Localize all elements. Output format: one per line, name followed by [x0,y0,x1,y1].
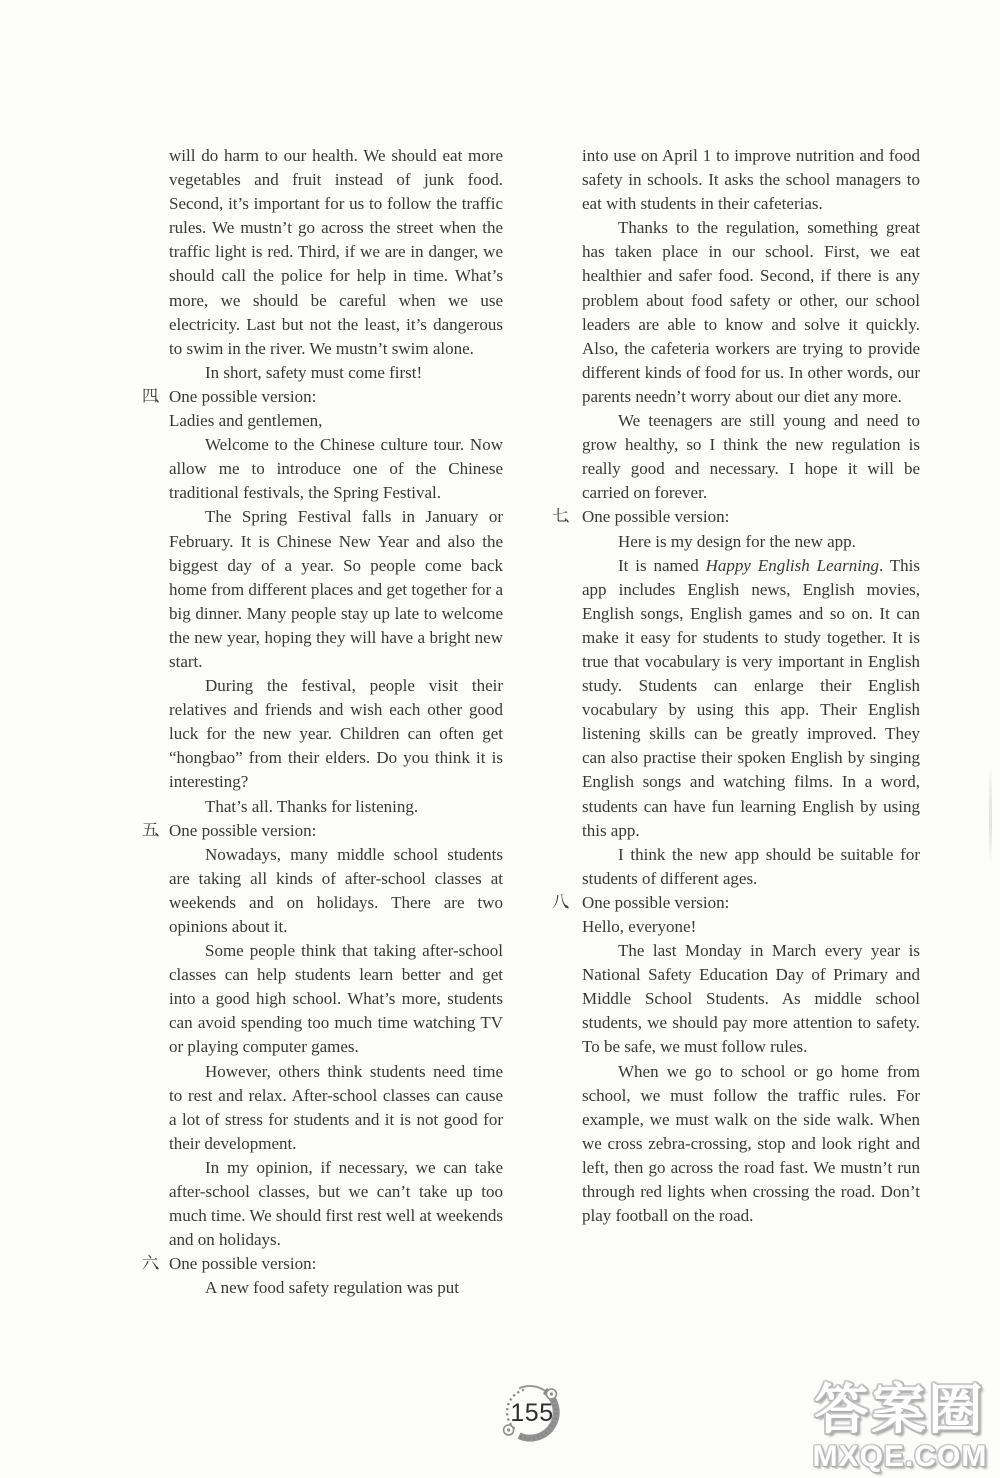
screw-dot [550,1392,553,1395]
answer-paragraph: That’s all. Thanks for listening. [169,795,503,819]
watermark-site: MXQE.COM [798,1442,1000,1472]
section-number: 五、 [142,819,169,843]
section-heading-label: One possible version: [169,819,503,843]
page-number-badge: 155 [495,1377,565,1447]
answer-paragraph: Nowadays, many middle school students ar… [169,843,503,939]
section-heading-label: One possible version: [582,891,920,915]
section-number: 四、 [142,385,169,409]
section-number: 六、 [142,1252,169,1276]
salutation-line: Hello, everyone! [582,915,920,939]
answer-paragraph: I think the new app should be suitable f… [582,843,920,891]
page-number-ornament: 155 [495,1377,565,1447]
answer-paragraph: Welcome to the Chinese culture tour. Now… [169,433,503,505]
left-text-column: will do harm to our health. We should ea… [142,144,503,1301]
answer-paragraph: Here is my design for the new app. [582,530,920,554]
section-number: 八、 [552,891,582,915]
section-heading: 六、 One possible version: [142,1252,503,1276]
answer-paragraph: However, others think students need time… [169,1060,503,1156]
answer-paragraph: The last Monday in March every year is N… [582,939,920,1059]
section-heading-label: One possible version: [169,385,503,409]
section-heading: 四、 One possible version: [142,385,503,409]
section-heading: 八、 One possible version: [552,891,920,915]
section-number: 七、 [552,505,582,529]
watermark: 答案圈 MXQE.COM [798,1382,1000,1472]
answer-paragraph: The Spring Festival falls in January or … [169,505,503,674]
answer-paragraph: A new food safety regulation was put [169,1276,503,1300]
app-name-italic: Happy English Learning [706,556,879,575]
answer-paragraph: When we go to school or go home from sch… [582,1060,920,1229]
continued-paragraph: will do harm to our health. We should ea… [169,144,503,361]
answer-paragraph: Thanks to the regulation, something grea… [582,216,920,409]
scan-artifact [989,765,992,865]
section-heading-label: One possible version: [582,505,920,529]
scanned-answer-page: will do harm to our health. We should ea… [0,0,1000,1478]
paragraph-text: It is named [618,556,706,575]
answer-paragraph: In short, safety must come first! [169,361,503,385]
answer-paragraph: It is named Happy English Learning. This… [582,554,920,843]
paragraph-text: . This app includes English news, Englis… [582,556,920,840]
page-number: 155 [510,1399,553,1427]
section-heading-label: One possible version: [169,1252,503,1276]
salutation-line: Ladies and gentlemen, [169,409,503,433]
answer-paragraph: During the festival, people visit their … [169,674,503,794]
answer-paragraph: In my opinion, if necessary, we can take… [169,1156,503,1252]
continued-paragraph: into use on April 1 to improve nutrition… [582,144,920,216]
answer-paragraph: We teenagers are still young and need to… [582,409,920,505]
answer-paragraph: Some people think that taking after-scho… [169,939,503,1059]
watermark-brand: 答案圈 [798,1382,1000,1438]
section-heading: 五、 One possible version: [142,819,503,843]
right-text-column: into use on April 1 to improve nutrition… [552,144,920,1228]
screw-dot [507,1428,510,1431]
section-heading: 七、 One possible version: [552,505,920,529]
